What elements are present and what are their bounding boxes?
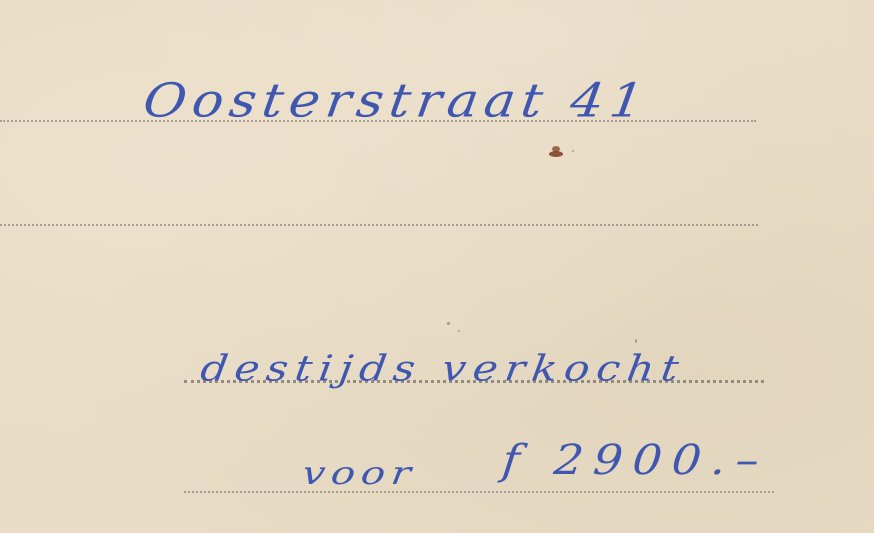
paper-speck <box>572 150 574 152</box>
paper-speck <box>635 339 637 343</box>
rust-stain <box>549 146 565 158</box>
handwritten-sold-note: destijds verkocht <box>198 347 688 389</box>
handwritten-address: Oosterstraat 41 <box>140 74 653 128</box>
paper-sheet: Oosterstraat 41 destijds verkocht voor f… <box>0 0 874 533</box>
paper-speck <box>447 322 450 325</box>
paper-speck <box>458 330 460 332</box>
handwritten-price: f 2900.– <box>500 435 771 484</box>
ruled-line-4 <box>184 491 774 493</box>
ruled-line-2 <box>0 224 758 226</box>
handwritten-for-word: voor <box>300 455 419 492</box>
